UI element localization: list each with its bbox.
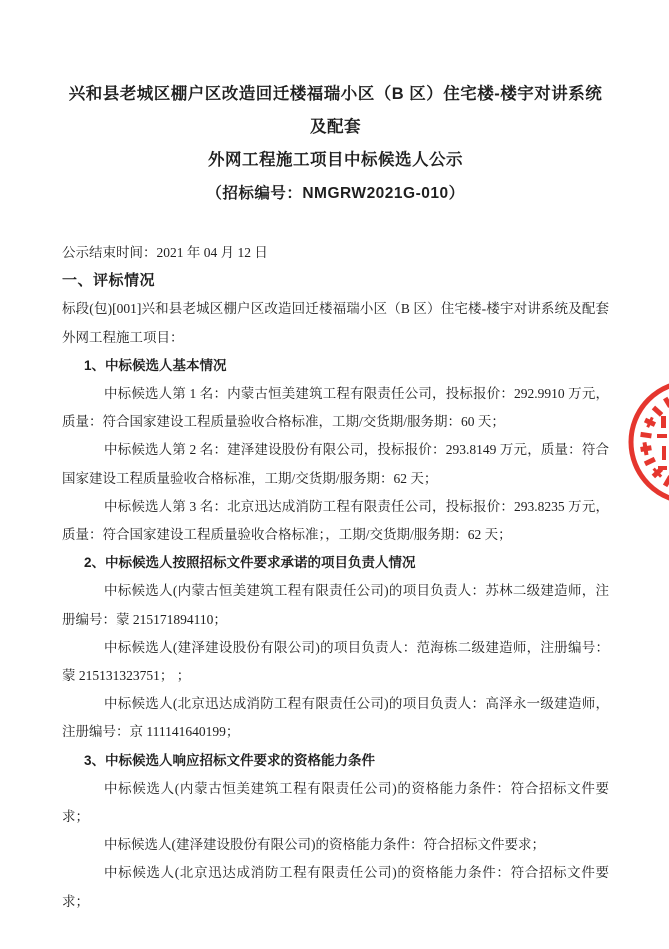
candidate-2-qualification: 中标候选人(建泽建设股份有限公司)的资格能力条件：符合招标文件要求； [62,831,609,859]
section-1-heading: 一、评标情况 [62,267,609,295]
subsection-3-heading: 3、中标候选人响应招标文件要求的资格能力条件 [62,747,609,775]
candidate-3-project-manager: 中标候选人(北京迅达成消防工程有限责任公司)的项目负责人：高泽永一级建造师，注册… [62,690,609,746]
official-seal-icon [621,376,669,512]
section-intro: 标段(包)[001]兴和县老城区棚户区改造回迁楼福瑞小区（B 区）住宅楼-楼宇对… [62,295,609,351]
candidate-1-qualification: 中标候选人(内蒙古恒美建筑工程有限责任公司)的资格能力条件：符合招标文件要求； [62,775,609,831]
candidate-1-project-manager: 中标候选人(内蒙古恒美建筑工程有限责任公司)的项目负责人：苏林二级建造师，注册编… [62,577,609,633]
document-page: 兴和县老城区棚户区改造回迁楼福瑞小区（B 区）住宅楼-楼宇对讲系统及配套 外网工… [0,0,669,949]
candidate-2-project-manager: 中标候选人(建泽建设股份有限公司)的项目负责人：范海栋二级建造师，注册编号：蒙 … [62,634,609,690]
publicity-end-time: 公示结束时间：2021 年 04 月 12 日 [62,239,609,267]
subsection-2-heading: 2、中标候选人按照招标文件要求承诺的项目负责人情况 [62,549,609,577]
document-title-line1: 兴和县老城区棚户区改造回迁楼福瑞小区（B 区）住宅楼-楼宇对讲系统及配套 [62,78,609,144]
subsection-1-heading: 1、中标候选人基本情况 [62,352,609,380]
candidate-1-basic-info: 中标候选人第 1 名：内蒙古恒美建筑工程有限责任公司，投标报价：292.9910… [62,380,609,436]
document-title-line2: 外网工程施工项目中标候选人公示 [62,144,609,177]
bid-number: （招标编号：NMGRW2021G-010） [62,177,609,210]
candidate-2-basic-info: 中标候选人第 2 名：建泽建设股份有限公司，投标报价：293.8149 万元，质… [62,436,609,492]
candidate-3-qualification: 中标候选人(北京迅达成消防工程有限责任公司)的资格能力条件：符合招标文件要求； [62,859,609,915]
candidate-3-basic-info: 中标候选人第 3 名：北京迅达成消防工程有限责任公司，投标报价：293.8235… [62,493,609,549]
